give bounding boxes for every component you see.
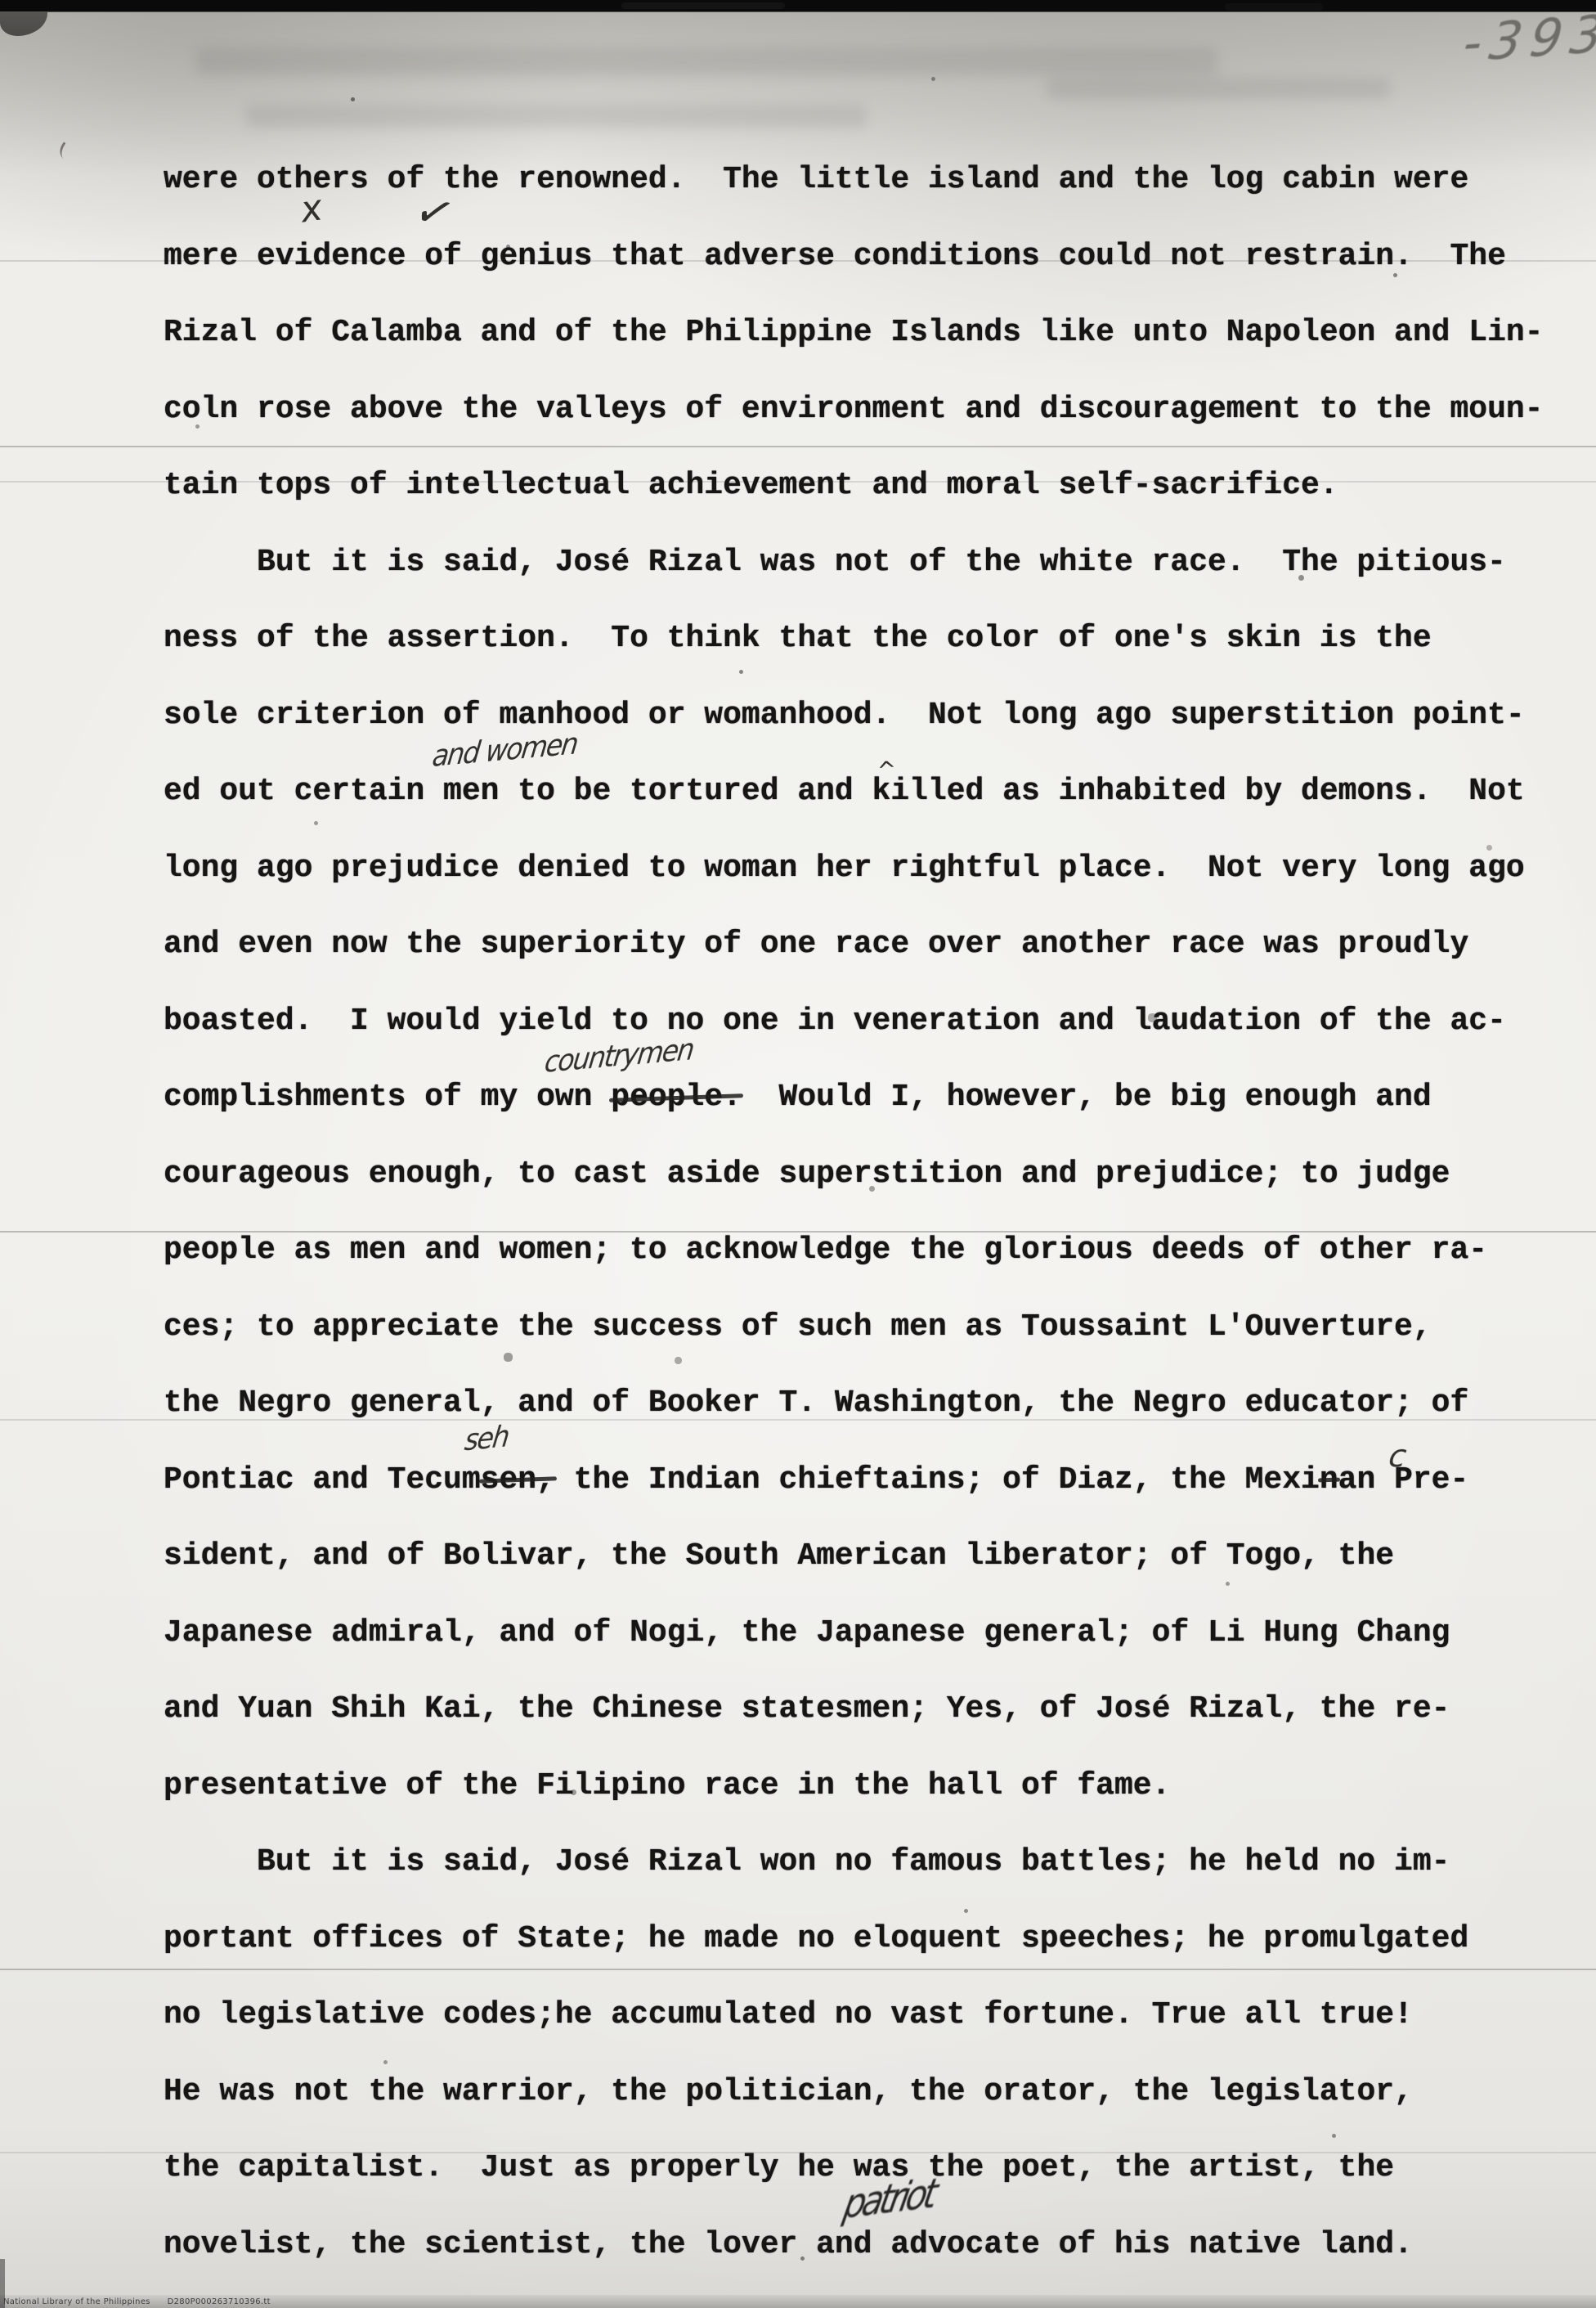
typed-line: novelist, the scientist, the lover and a… [164, 2227, 1413, 2263]
document-page: -393 were others of the renowned. The li… [0, 0, 1596, 2308]
typed-line: Rizal of Calamba and of the Philippine I… [164, 315, 1543, 351]
typed-line: presentative of the Filipino race in the… [164, 1768, 1170, 1804]
typed-line: and Yuan Shih Kai, the Chinese statesmen… [164, 1691, 1450, 1727]
handwritten-annotation: countrymen [543, 1032, 696, 1082]
typed-line: ed out certain men to be tortured and ki… [164, 774, 1525, 810]
struck-out-text: n [1320, 1462, 1338, 1498]
typed-line: sole criterion of manhood or womanhood. … [164, 698, 1525, 734]
struck-out-text: sen, [481, 1462, 555, 1498]
typed-line: portant offices of State; he made no elo… [164, 1921, 1468, 1957]
struck-out-text: people. [611, 1080, 742, 1115]
typed-line: sident, and of Bolivar, the South Americ… [164, 1538, 1394, 1574]
typed-line: tain tops of intellectual achievement an… [164, 468, 1338, 504]
typed-line: ness of the assertion. To think that the… [164, 621, 1432, 657]
typed-line: the capitalist. Just as properly he was … [164, 2150, 1394, 2186]
typed-line: But it is said, José Rizal was not of th… [164, 545, 1506, 581]
handwritten-annotation: and women [430, 726, 579, 775]
handwritten-annotation: ^ [876, 752, 898, 789]
typed-line: were others of the renowned. The little … [164, 162, 1468, 198]
handwritten-annotation: seh [463, 1419, 510, 1459]
typed-line: and even now the superiority of one race… [164, 927, 1468, 963]
typed-line: courageous enough, to cast aside superst… [164, 1156, 1450, 1192]
typed-line: But it is said, José Rizal won no famous… [164, 1844, 1450, 1880]
library-watermark: National Library of the Philippines D280… [3, 2297, 271, 2306]
typed-line: people as men and women; to acknowledge … [164, 1233, 1487, 1269]
typed-line: ces; to appreciate the success of such m… [164, 1309, 1432, 1345]
handwritten-annotation: patriot [841, 2175, 937, 2223]
typescript-body: were others of the renowned. The little … [0, 0, 1596, 2308]
typed-line: He was not the warrior, the politician, … [164, 2074, 1413, 2110]
typed-line: long ago prejudice denied to woman her r… [164, 851, 1525, 887]
typed-line: the Negro general, and of Booker T. Wash… [164, 1385, 1468, 1421]
typed-line: Japanese admiral, and of Nogi, the Japan… [164, 1615, 1450, 1651]
typed-line: coln rose above the valleys of environme… [164, 392, 1543, 428]
typed-line: complishments of my own people. Would I,… [164, 1080, 1432, 1116]
typed-line: boasted. I would yield to no one in vene… [164, 1004, 1506, 1039]
typed-line: Pontiac and Tecumsen, the Indian chiefta… [164, 1462, 1468, 1498]
typed-line: mere evidence of genius that adverse con… [164, 239, 1506, 275]
typed-line: no legislative codes;he accumulated no v… [164, 1997, 1413, 2033]
handwritten-annotation: c [1387, 1438, 1409, 1474]
